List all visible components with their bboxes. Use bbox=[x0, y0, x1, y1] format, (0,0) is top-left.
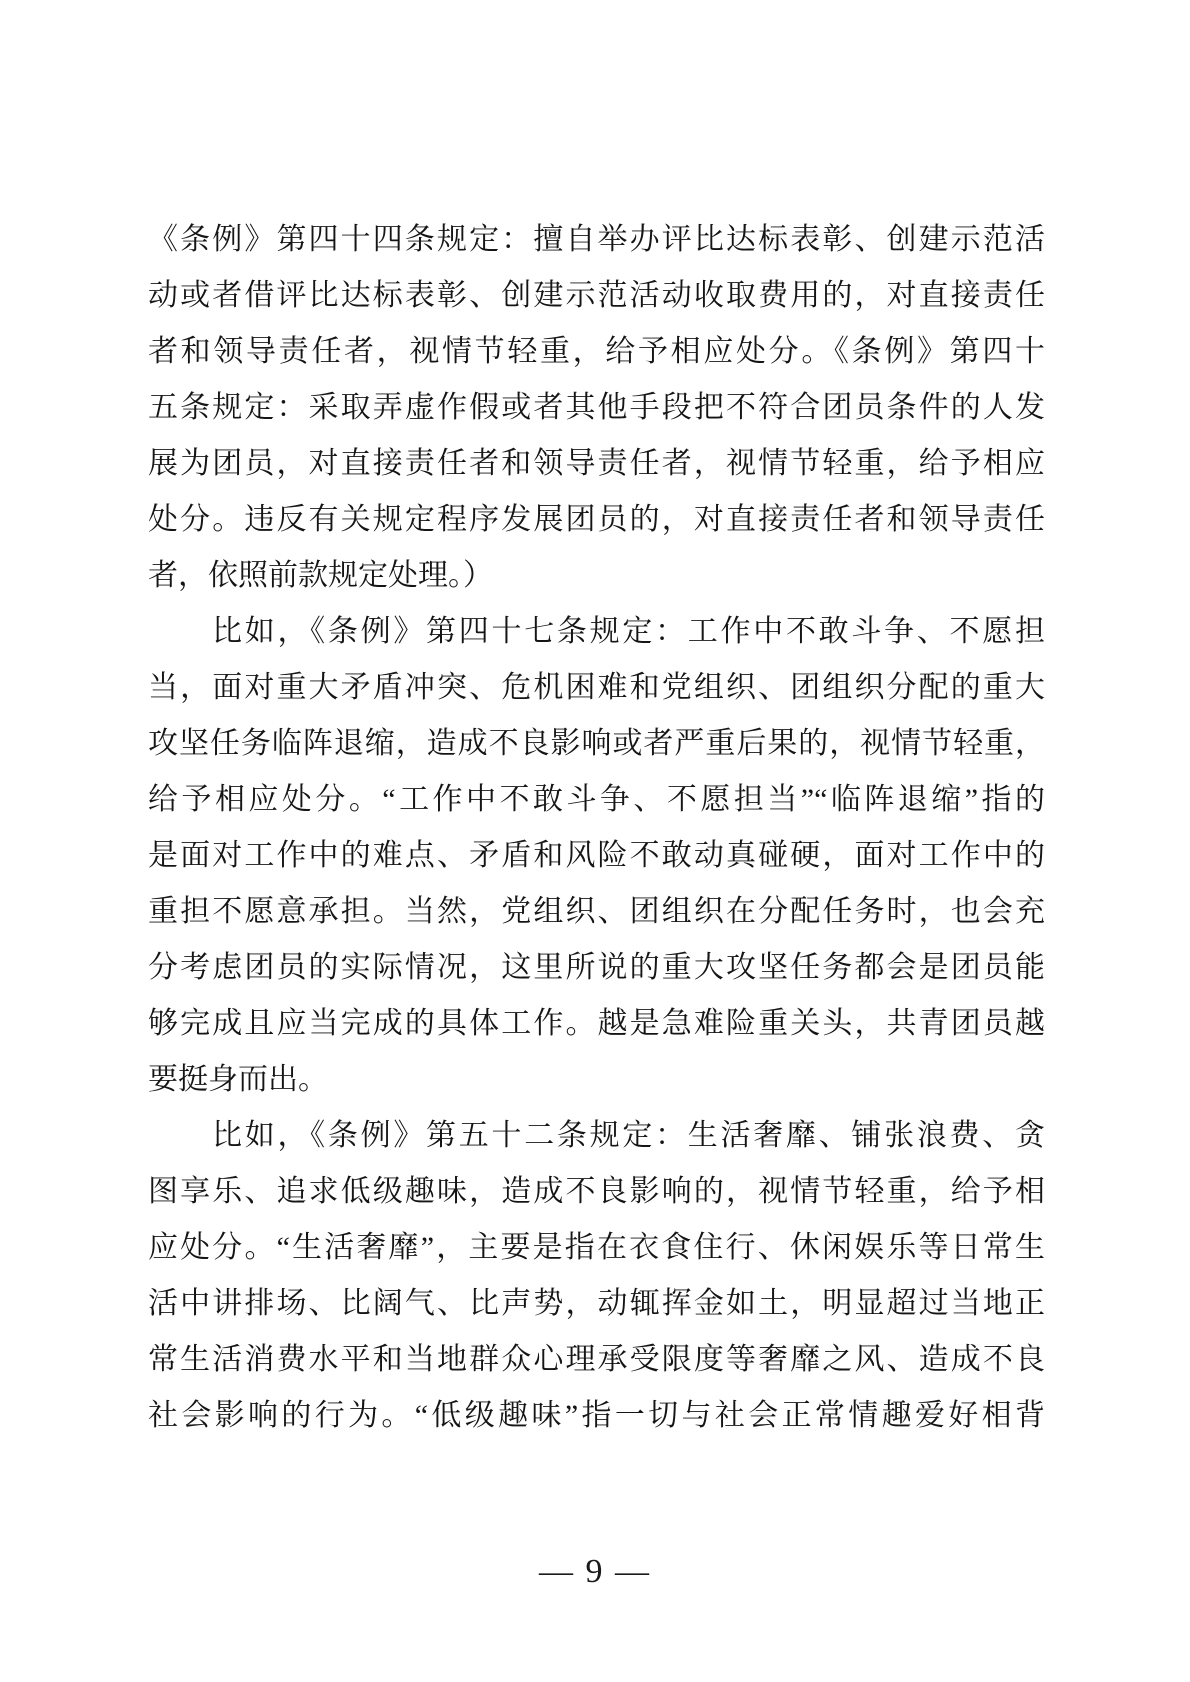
text-line: 活中讲排场、比阔气、比声势，动辄挥金如土，明显超过当地正 bbox=[148, 1276, 1045, 1332]
text-line: 处分。违反有关规定程序发展团员的，对直接责任者和领导责任 bbox=[148, 492, 1045, 548]
document-page: 《条例》第四十四条规定：擅自举办评比达标表彰、创建示范活动或者借评比达标表彰、创… bbox=[0, 0, 1190, 1682]
text-line: 动或者借评比达标表彰、创建示范活动收取费用的，对直接责任 bbox=[148, 268, 1045, 324]
text-line: 常生活消费水平和当地群众心理承受限度等奢靡之风、造成不良 bbox=[148, 1332, 1045, 1388]
page-number: — 9 — bbox=[539, 1553, 651, 1590]
text-line: 五条规定：采取弄虚作假或者其他手段把不符合团员条件的人发 bbox=[148, 380, 1045, 436]
text-line: 展为团员，对直接责任者和领导责任者，视情节轻重，给予相应 bbox=[148, 436, 1045, 492]
text-line: 比如，《条例》第五十二条规定：生活奢靡、铺张浪费、贪 bbox=[148, 1108, 1045, 1164]
text-line: 攻坚任务临阵退缩，造成不良影响或者严重后果的，视情节轻重， bbox=[148, 716, 1045, 772]
document-body: 《条例》第四十四条规定：擅自举办评比达标表彰、创建示范活动或者借评比达标表彰、创… bbox=[148, 212, 1045, 1444]
text-line: 比如，《条例》第四十七条规定：工作中不敢斗争、不愿担 bbox=[148, 604, 1045, 660]
paragraph: 比如，《条例》第五十二条规定：生活奢靡、铺张浪费、贪图享乐、追求低级趣味，造成不… bbox=[148, 1108, 1045, 1444]
text-line: 图享乐、追求低级趣味，造成不良影响的，视情节轻重，给予相 bbox=[148, 1164, 1045, 1220]
text-line: 当，面对重大矛盾冲突、危机困难和党组织、团组织分配的重大 bbox=[148, 660, 1045, 716]
text-line: 社会影响的行为。“低级趣味”指一切与社会正常情趣爱好相背 bbox=[148, 1388, 1045, 1444]
text-line: 应处分。“生活奢靡”，主要是指在衣食住行、休闲娱乐等日常生 bbox=[148, 1220, 1045, 1276]
text-line: 是面对工作中的难点、矛盾和风险不敢动真碰硬，面对工作中的 bbox=[148, 828, 1045, 884]
text-line: 重担不愿意承担。当然，党组织、团组织在分配任务时，也会充 bbox=[148, 884, 1045, 940]
text-line: 《条例》第四十四条规定：擅自举办评比达标表彰、创建示范活 bbox=[148, 212, 1045, 268]
text-line: 者和领导责任者，视情节轻重，给予相应处分。《条例》第四十 bbox=[148, 324, 1045, 380]
paragraph: 《条例》第四十四条规定：擅自举办评比达标表彰、创建示范活动或者借评比达标表彰、创… bbox=[148, 212, 1045, 604]
text-line: 给予相应处分。“工作中不敢斗争、不愿担当”“临阵退缩”指的 bbox=[148, 772, 1045, 828]
paragraph: 比如，《条例》第四十七条规定：工作中不敢斗争、不愿担当，面对重大矛盾冲突、危机困… bbox=[148, 604, 1045, 1108]
text-line: 分考虑团员的实际情况，这里所说的重大攻坚任务都会是团员能 bbox=[148, 940, 1045, 996]
text-line: 者，依照前款规定处理。） bbox=[148, 548, 1045, 604]
text-line: 够完成且应当完成的具体工作。越是急难险重关头，共青团员越 bbox=[148, 996, 1045, 1052]
page-footer: — 9 — bbox=[0, 1550, 1190, 1594]
text-line: 要挺身而出。 bbox=[148, 1052, 1045, 1108]
